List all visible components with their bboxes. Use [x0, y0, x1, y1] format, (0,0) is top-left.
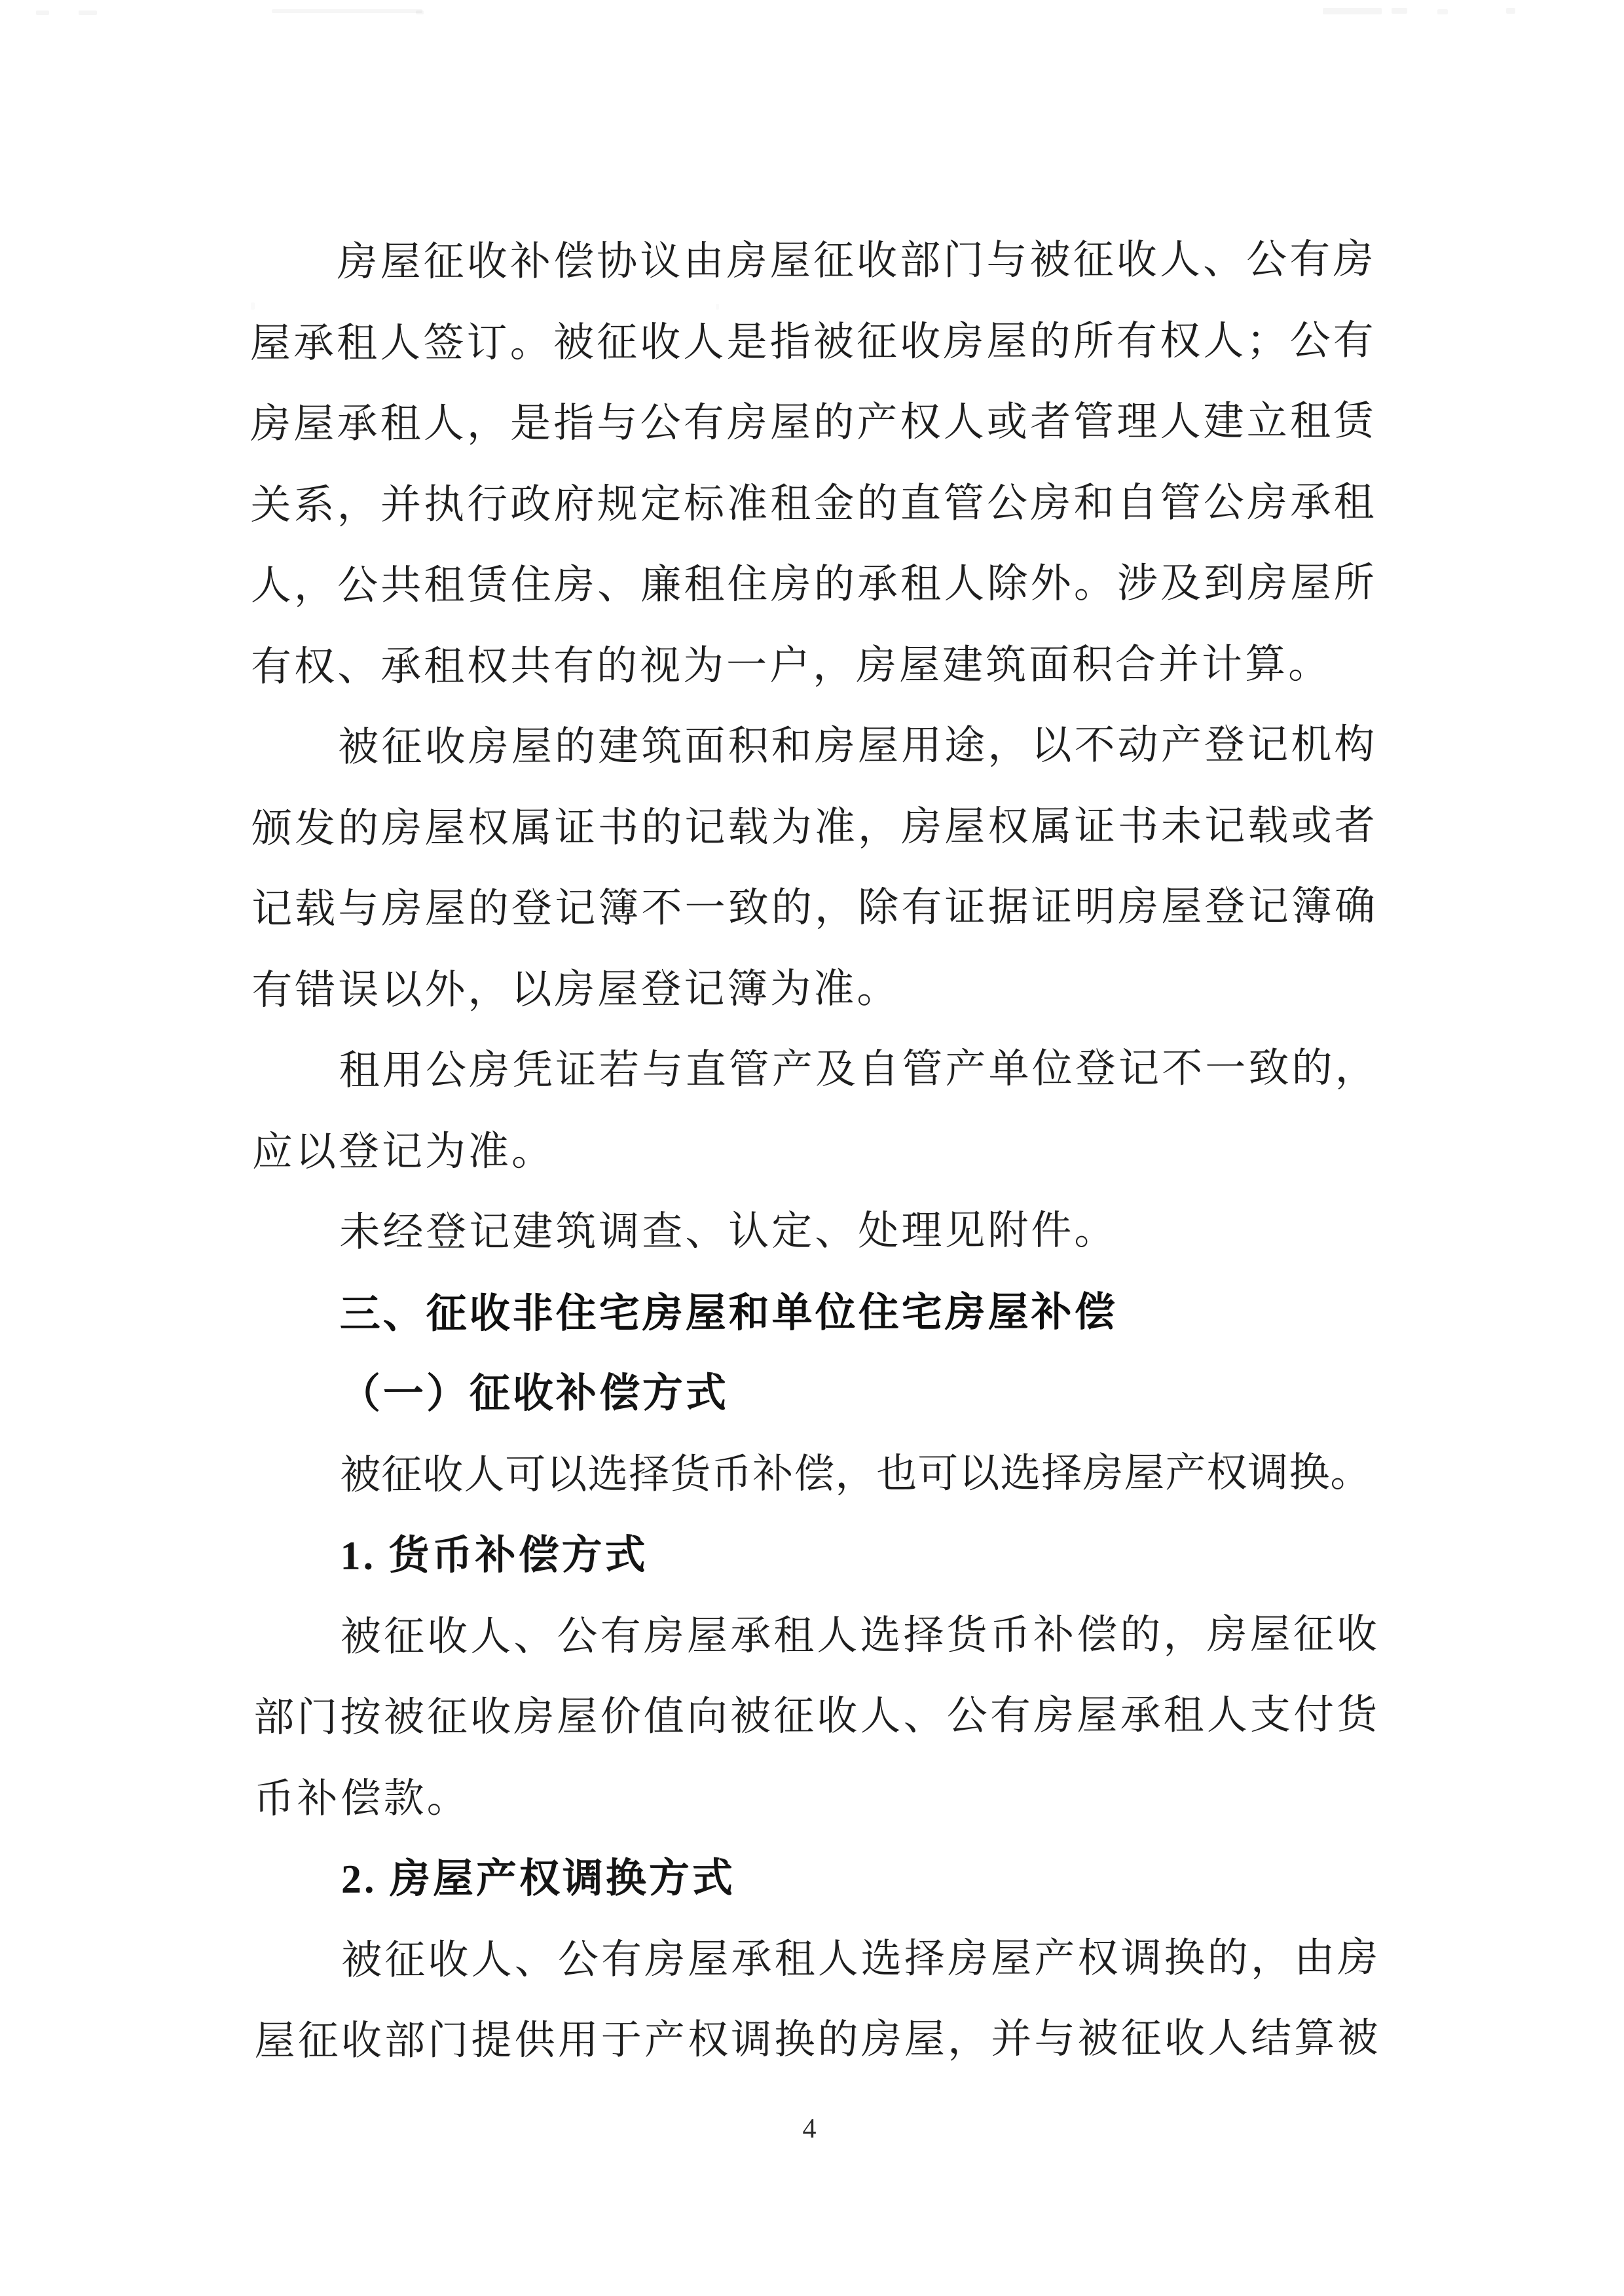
scan-artifact: [1392, 8, 1407, 14]
text-line: 颁发的房屋权属证书的记载为准，房屋权属证书未记载或者: [251, 786, 1378, 869]
scan-artifact: [36, 10, 49, 15]
scan-artifact: [79, 10, 97, 15]
scan-artifact: [1506, 8, 1515, 14]
document-text-block: 房屋征收补偿协议由房屋征收部门与被征收人、公有房屋承租人签订。被征收人是指被征收…: [249, 220, 1380, 2083]
text-line: 房屋承租人，是指与公有房屋的产权人或者管理人建立租赁: [250, 382, 1376, 465]
text-line: 屋承租人签订。被征收人是指被征收房屋的所有权人；公有: [250, 301, 1376, 384]
text-line: 2. 房屋产权调换方式: [254, 1837, 1380, 1921]
text-line: 应以登记为准。: [252, 1109, 1378, 1193]
scan-artifact: [416, 10, 424, 14]
text-line: 人，公共租赁住房、廉租住房的承租人除外。涉及到房屋所: [251, 543, 1377, 627]
text-line: 有错误以外，以房屋登记簿为准。: [251, 947, 1378, 1031]
text-line: 币补偿款。: [253, 1756, 1380, 1840]
text-line: 被征收房屋的建筑面积和房屋用途，以不动产登记机构: [251, 705, 1377, 789]
text-line: 关系，并执行政府规定标准租金的直管公房和自管公房承租: [250, 462, 1376, 546]
text-line: （一）征收补偿方式: [253, 1352, 1379, 1436]
text-line: 被征收人、公有房屋承租人选择货币补偿的，房屋征收: [253, 1594, 1380, 1678]
page-number: 4: [0, 2113, 1619, 2145]
scan-artifact: [1323, 8, 1382, 14]
text-line: 三、征收非住宅房屋和单位住宅房屋补偿: [252, 1271, 1378, 1355]
text-line: 1. 货币补偿方式: [253, 1514, 1379, 1597]
text-line: 有权、承租权共有的视为一户，房屋建筑面积合并计算。: [251, 624, 1377, 708]
text-line: 屋征收部门提供用于产权调换的房屋，并与被征收人结算被: [254, 1999, 1380, 2083]
text-line: 部门按被征收房屋价值向被征收人、公有房屋承租人支付货: [253, 1675, 1380, 1759]
text-line: 被征收人可以选择货币补偿，也可以选择房屋产权调换。: [253, 1432, 1379, 1516]
text-line: 房屋征收补偿协议由房屋征收部门与被征收人、公有房: [249, 220, 1376, 304]
scan-artifact: [272, 9, 422, 13]
text-line: 未经登记建筑调查、认定、处理见附件。: [252, 1190, 1378, 1274]
text-line: 记载与房屋的登记簿不一致的，除有证据证明房屋登记簿确: [251, 867, 1378, 951]
scanned-document-page: 房屋征收补偿协议由房屋征收部门与被征收人、公有房屋承租人签订。被征收人是指被征收…: [0, 0, 1624, 2296]
scan-artifact: [1437, 9, 1448, 14]
text-line: 被征收人、公有房屋承租人选择房屋产权调换的，由房: [254, 1918, 1380, 2001]
text-line: 租用公房凭证若与直管产及自管产单位登记不一致的，: [252, 1029, 1378, 1112]
